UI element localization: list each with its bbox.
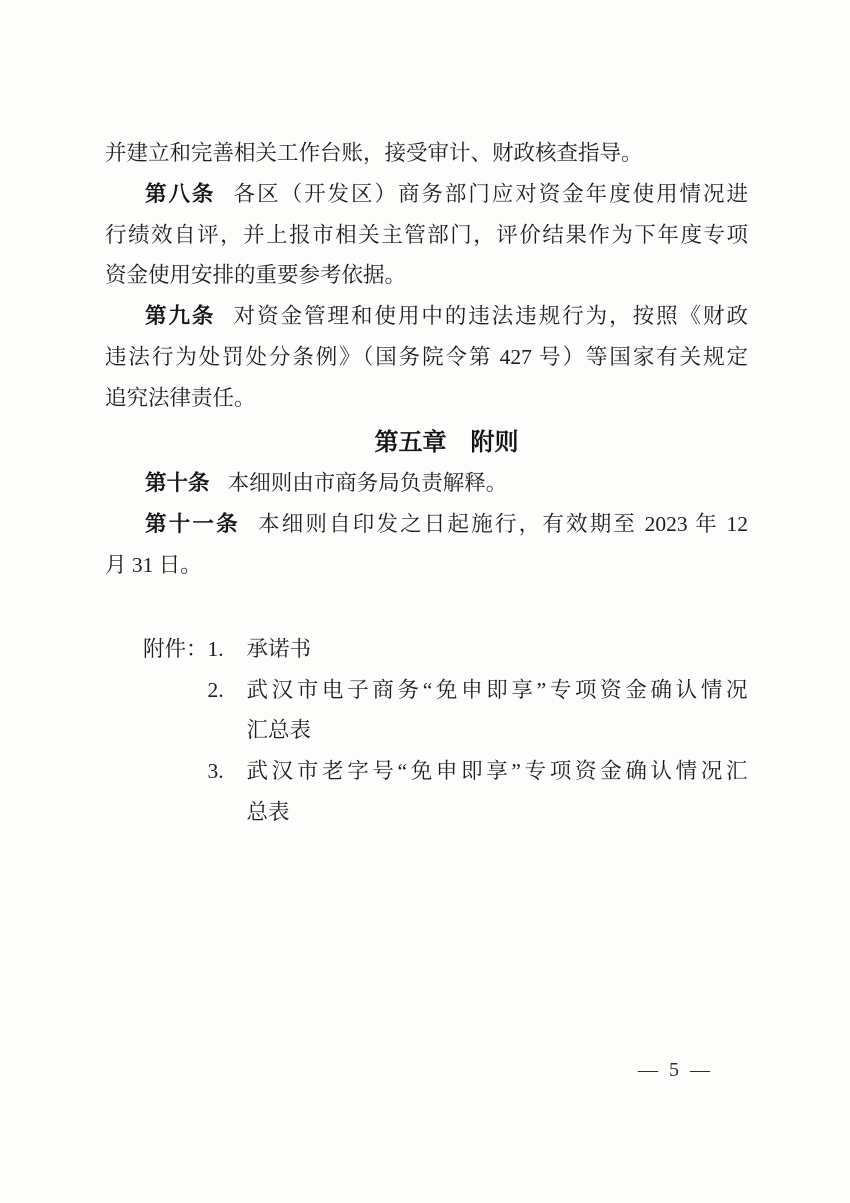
chapter-heading: 第五章 附则 xyxy=(145,423,748,464)
line-text: 违法行为处罚处分条例》（国务院令第 427 号）等国家有关规定 xyxy=(105,345,748,369)
line-text: 并建立和完善相关工作台账，接受审计、财政核查指导。 xyxy=(105,141,643,165)
line-text: 本细则由市商务局负责解释。 xyxy=(228,471,508,495)
attachment-number: 2. xyxy=(208,670,247,711)
body-line: 行绩效自评，并上报市相关主管部门，评价结果作为下年度专项 xyxy=(105,215,748,256)
attachment-line: 武汉市电子商务“免申即享”专项资金确认情况 xyxy=(247,670,748,711)
document-body: 并建立和完善相关工作台账，接受审计、财政核查指导。 第八条各区（开发区）商务部门… xyxy=(105,133,748,833)
line-text: 对资金管理和使用中的违法违规行为，按照《财政 xyxy=(234,304,748,328)
body-line: 第九条对资金管理和使用中的违法违规行为，按照《财政 xyxy=(105,296,748,337)
line-text: 月 31 日。 xyxy=(105,553,202,577)
attachment-item: 2. 武汉市电子商务“免申即享”专项资金确认情况 汇总表 xyxy=(208,670,748,752)
attachments-section: 附件： 1. 承诺书 2. 武汉市电子商务“免申即享”专项资金确认情况 汇总表 xyxy=(143,629,748,833)
article-number: 第九条 xyxy=(145,304,215,328)
attachment-text: 武汉市老字号“免申即享”专项资金确认情况汇 总表 xyxy=(247,751,748,833)
body-line: 违法行为处罚处分条例》（国务院令第 427 号）等国家有关规定 xyxy=(105,337,748,378)
line-text: 本细则自印发之日起施行，有效期至 2023 年 12 xyxy=(258,512,748,536)
body-line: 并建立和完善相关工作台账，接受审计、财政核查指导。 xyxy=(105,133,748,174)
page-number: — 5 — xyxy=(638,1059,713,1082)
attachment-text: 承诺书 xyxy=(247,629,748,670)
body-line: 追究法律责任。 xyxy=(105,378,748,419)
body-line: 月 31 日。 xyxy=(105,545,748,586)
attachment-number: 1. xyxy=(208,629,247,670)
body-line: 资金使用安排的重要参考依据。 xyxy=(105,255,748,296)
line-text: 行绩效自评，并上报市相关主管部门，评价结果作为下年度专项 xyxy=(105,223,748,247)
attachment-line: 汇总表 xyxy=(247,710,748,751)
line-text: 资金使用安排的重要参考依据。 xyxy=(105,263,406,287)
attachment-text: 武汉市电子商务“免申即享”专项资金确认情况 汇总表 xyxy=(247,670,748,752)
attachment-line: 总表 xyxy=(247,792,748,833)
article-number: 第八条 xyxy=(145,182,215,206)
attachment-line: 承诺书 xyxy=(247,629,748,670)
body-line: 第八条各区（开发区）商务部门应对资金年度使用情况进 xyxy=(105,174,748,215)
line-text: 各区（开发区）商务部门应对资金年度使用情况进 xyxy=(234,182,748,206)
body-line: 第十一条本细则自印发之日起施行，有效期至 2023 年 12 xyxy=(105,504,748,545)
attachment-line: 武汉市老字号“免申即享”专项资金确认情况汇 xyxy=(247,751,748,792)
article-number: 第十一条 xyxy=(145,512,240,536)
article-number: 第十条 xyxy=(145,471,210,495)
document-page: 并建立和完善相关工作台账，接受审计、财政核查指导。 第八条各区（开发区）商务部门… xyxy=(0,0,850,1203)
attachments-list: 1. 承诺书 2. 武汉市电子商务“免申即享”专项资金确认情况 汇总表 3. xyxy=(208,629,748,833)
attachment-item: 1. 承诺书 xyxy=(208,629,748,670)
attachment-item: 3. 武汉市老字号“免申即享”专项资金确认情况汇 总表 xyxy=(208,751,748,833)
attachments-label: 附件： xyxy=(143,629,208,670)
attachment-number: 3. xyxy=(208,751,247,792)
line-text: 追究法律责任。 xyxy=(105,386,256,410)
body-line: 第十条本细则由市商务局负责解释。 xyxy=(105,463,748,504)
